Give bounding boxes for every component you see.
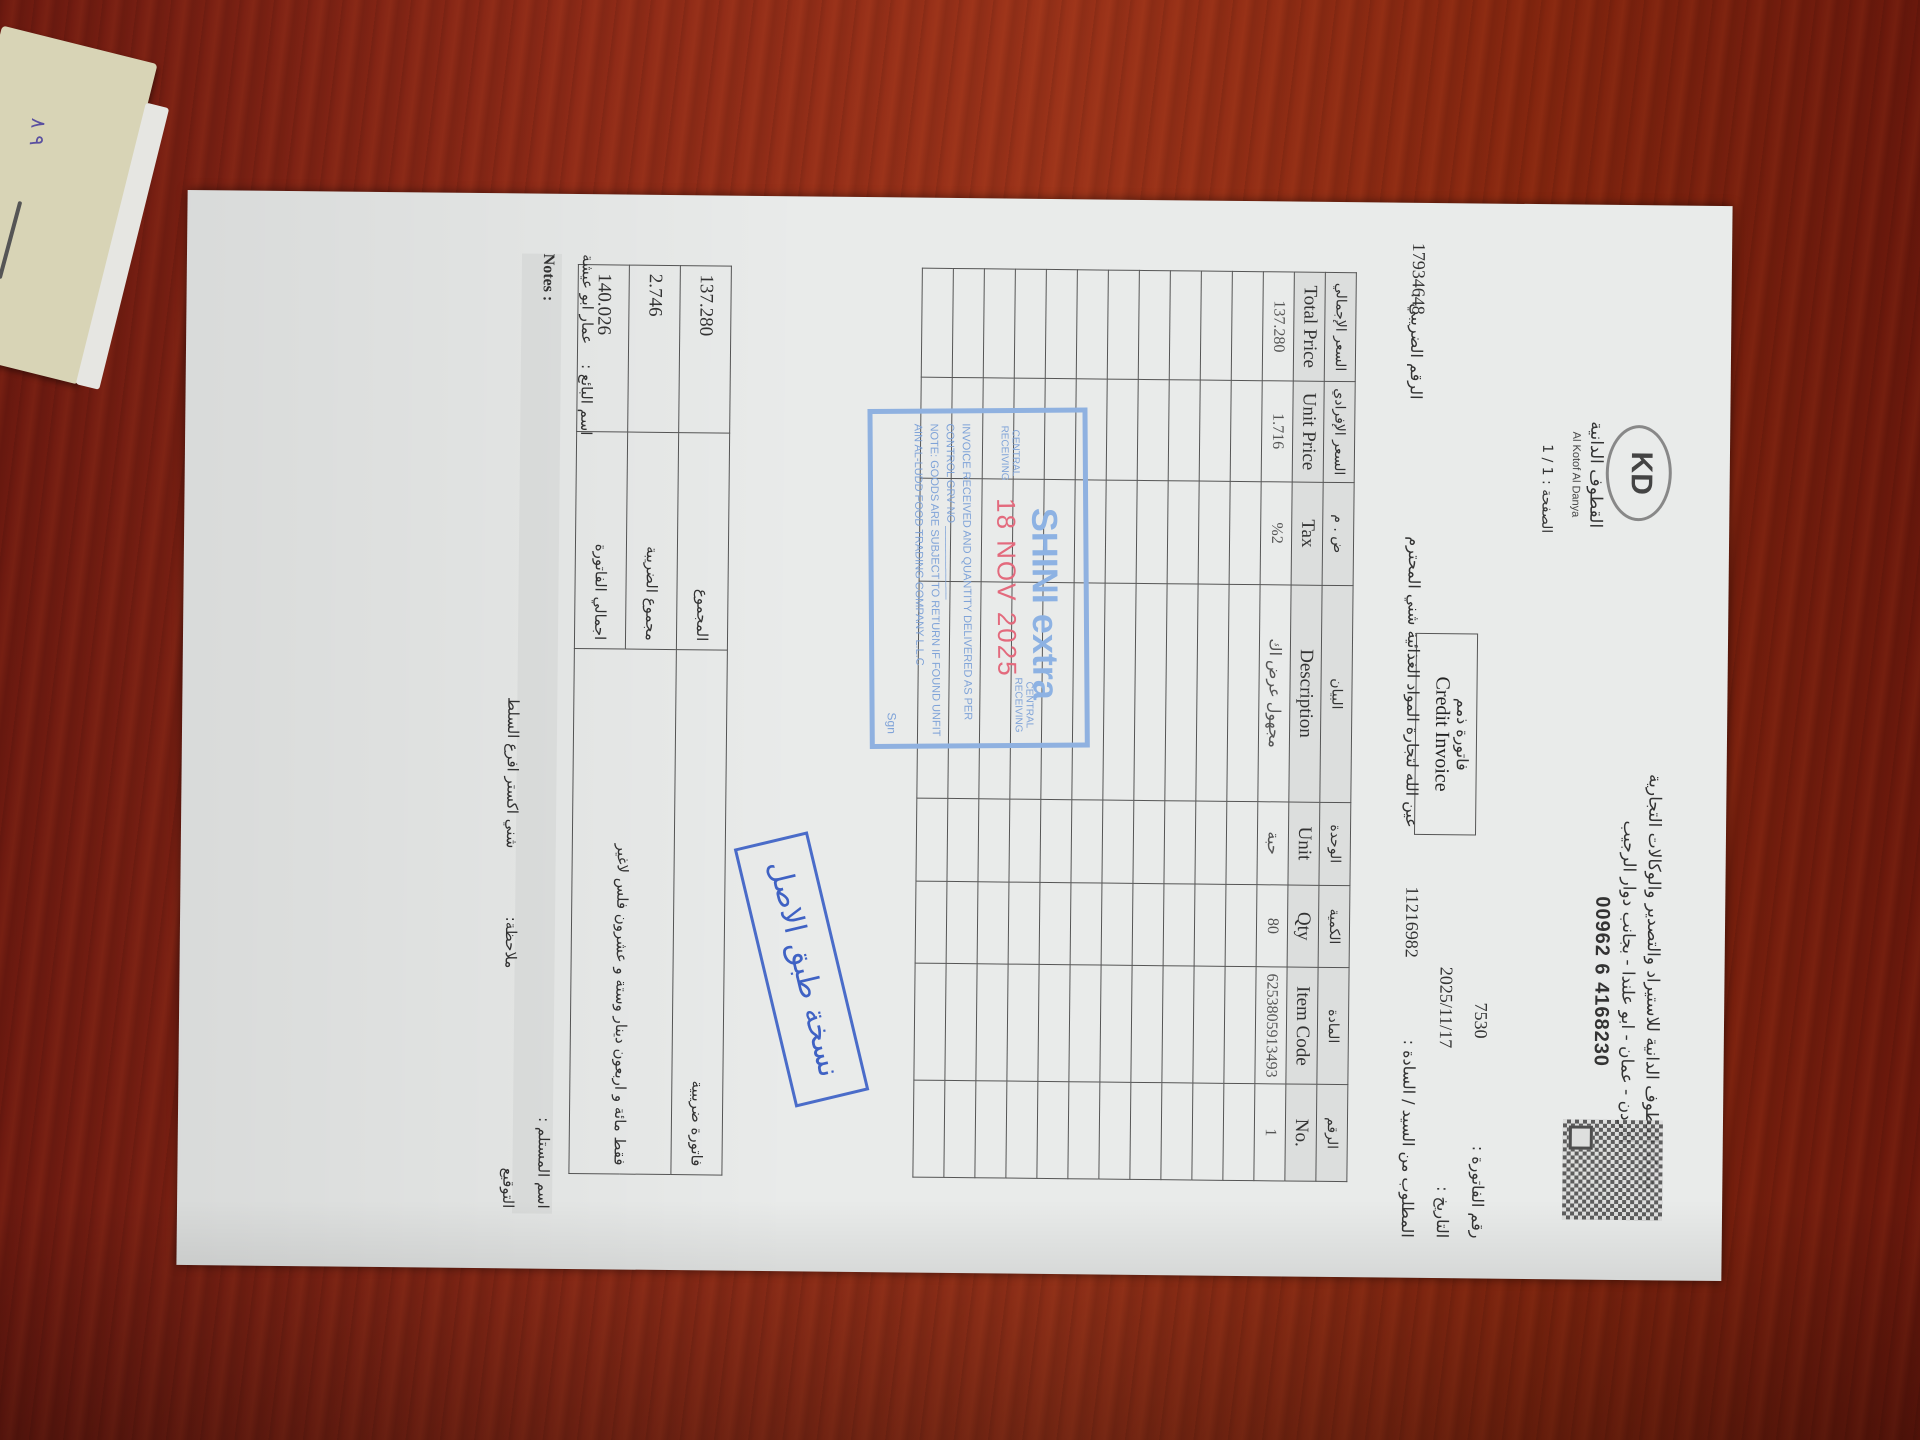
note-label: ملاحظة: xyxy=(502,917,521,969)
document-title: فاتورة ذمم Credit Invoice xyxy=(1414,633,1478,836)
invoice-date: 2025/11/17 xyxy=(1435,967,1457,1049)
company-logo: KD القطوف الدانية Al Kotof Al Danya xyxy=(1559,414,1680,535)
column-header-ar: السعر الإجمالي xyxy=(1324,272,1356,381)
desk-shadow xyxy=(0,1200,1920,1440)
column-header-ar: الوحدة xyxy=(1319,802,1351,885)
receiver-label: اسم المستلم : xyxy=(534,1117,553,1209)
amount-in-words: فقط مائة و اربعون دينار وستة و عشرون فلس… xyxy=(569,649,676,1175)
logo-mark-icon: KD xyxy=(1605,425,1672,522)
stamp-text: INVOICE RECEIVED AND QUANTITY DELIVERED … xyxy=(909,423,975,736)
tax-number: 17934648 xyxy=(1407,243,1429,315)
seller-label: اسم البائع : xyxy=(577,364,596,435)
stamp-brand: SHINI extra xyxy=(1023,508,1066,700)
column-header: Description xyxy=(1289,585,1322,802)
grand-total-label: اجمالي الفاتورة xyxy=(574,432,627,650)
column-header: Total Price xyxy=(1293,272,1325,381)
column-header: Qty xyxy=(1287,885,1319,968)
page-number: الصفحة : 1 / 1 xyxy=(1538,444,1555,533)
column-header: Unit xyxy=(1288,802,1320,885)
receiving-stamp: SHINI extra 18 NOV 2025 CENTRAL RECEIVIN… xyxy=(867,407,1089,749)
tax-total-value: 2.746 xyxy=(628,265,681,433)
notes-label: Notes : xyxy=(539,254,557,302)
column-header-ar: البيان xyxy=(1320,585,1353,802)
handwritten-note: ٩ ٨ xyxy=(25,117,51,147)
column-header-ar: الرقم xyxy=(1316,1085,1348,1182)
column-header-ar: الكمية xyxy=(1318,885,1350,968)
invoice-document: KD القطوف الدانية Al Kotof Al Danya الصف… xyxy=(176,190,1732,1281)
seller-name: عمار ابو عيشة xyxy=(578,254,597,344)
logo-name-ar: القطوف الدانية xyxy=(1585,415,1606,535)
column-header: No. xyxy=(1285,1084,1317,1181)
logo-name-en: Al Kotof Al Danya xyxy=(1569,414,1582,534)
subtotal-label: المجموع xyxy=(676,433,729,651)
customer-name: عين الله لتجارة المواد الغذائية شني المح… xyxy=(1402,536,1424,828)
column-header-ar: المادة xyxy=(1317,968,1349,1085)
stacked-papers xyxy=(0,26,158,385)
tax-total-label: مجموع الضريبة xyxy=(625,432,678,650)
column-header: Tax xyxy=(1291,482,1323,586)
subtotal-value: 137.280 xyxy=(679,266,732,434)
stamp-date: 18 NOV 2025 xyxy=(990,498,1022,678)
invoice-number: 7530 xyxy=(1470,1002,1491,1038)
column-header: Unit Price xyxy=(1292,381,1324,482)
true-copy-stamp: نسخة طبق الاصل xyxy=(734,831,870,1107)
column-header-ar: السعر الإفرادي xyxy=(1323,381,1355,482)
customer-code: 11216982 xyxy=(1401,886,1423,958)
column-header-ar: ض . م xyxy=(1322,482,1354,586)
column-header: Item Code xyxy=(1286,967,1318,1084)
branch-name: شني اكستر افرع السلط xyxy=(503,697,523,848)
invoice-type: فاتورة ضريبية xyxy=(671,650,727,1176)
